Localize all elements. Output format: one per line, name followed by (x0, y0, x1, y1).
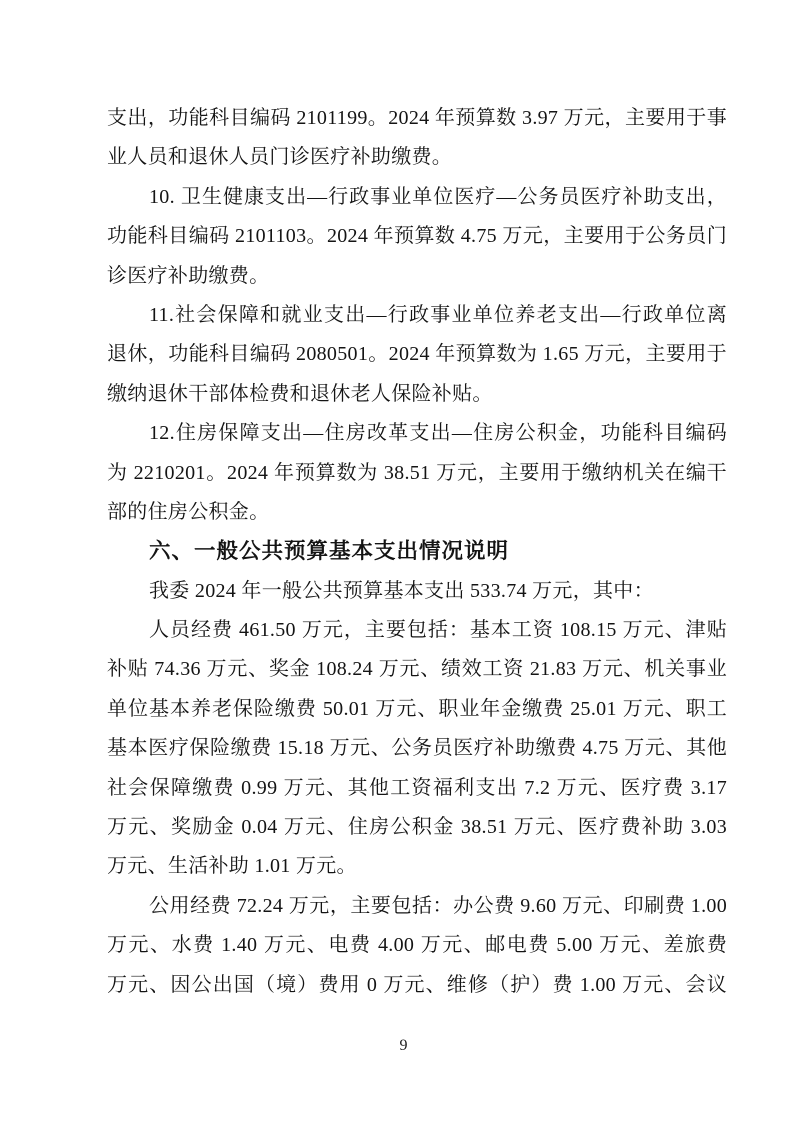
text-line: 六、一般公共预算基本支出情况说明 (107, 532, 727, 571)
text-line: 部的住房公积金。 (107, 493, 727, 532)
text-line: 人员经费 461.50 万元，主要包括：基本工资 108.15 万元、津贴 (107, 611, 727, 650)
text-line: 万元、生活补助 1.01 万元。 (107, 847, 727, 886)
page-footer: 9 (0, 1036, 793, 1056)
text-line: 单位基本养老保险缴费 50.01 万元、职业年金缴费 25.01 万元、职工 (107, 690, 727, 729)
para-personnel-funds: 人员经费 461.50 万元，主要包括：基本工资 108.15 万元、津贴补贴 … (107, 611, 727, 887)
text-line: 万元、奖励金 0.04 万元、住房公积金 38.51 万元、医疗费补助 3.03 (107, 808, 727, 847)
document-page: 支出，功能科目编码 2101199。2024 年预算数 3.97 万元，主要用于… (0, 0, 793, 1122)
para-item9-continuation: 支出，功能科目编码 2101199。2024 年预算数 3.97 万元，主要用于… (107, 99, 727, 178)
text-line: 10. 卫生健康支出—行政事业单位医疗—公务员医疗补助支出， (107, 178, 727, 217)
text-line: 补贴 74.36 万元、奖金 108.24 万元、绩效工资 21.83 万元、机… (107, 650, 727, 689)
para-basic-expenditure-total: 我委 2024 年一般公共预算基本支出 533.74 万元，其中： (107, 572, 727, 611)
para-item10: 10. 卫生健康支出—行政事业单位医疗—公务员医疗补助支出，功能科目编码 210… (107, 178, 727, 296)
text-line: 支出，功能科目编码 2101199。2024 年预算数 3.97 万元，主要用于… (107, 99, 727, 138)
document-body: 支出，功能科目编码 2101199。2024 年预算数 3.97 万元，主要用于… (107, 99, 727, 1005)
text-line: 退休，功能科目编码 2080501。2024 年预算数为 1.65 万元，主要用… (107, 335, 727, 374)
text-line: 功能科目编码 2101103。2024 年预算数 4.75 万元，主要用于公务员… (107, 217, 727, 256)
text-line: 缴纳退休干部体检费和退休老人保险补贴。 (107, 375, 727, 414)
page-number: 9 (400, 1037, 408, 1054)
text-line: 万元、因公出国（境）费用 0 万元、维修（护）费 1.00 万元、会议 (107, 966, 727, 1005)
text-line: 11.社会保障和就业支出—行政事业单位养老支出—行政单位离 (107, 296, 727, 335)
text-line: 基本医疗保险缴费 15.18 万元、公务员医疗补助缴费 4.75 万元、其他 (107, 729, 727, 768)
para-item11: 11.社会保障和就业支出—行政事业单位养老支出—行政单位离退休，功能科目编码 2… (107, 296, 727, 414)
para-item12: 12.住房保障支出—住房改革支出—住房公积金，功能科目编码为 2210201。2… (107, 414, 727, 532)
text-line: 诊医疗补助缴费。 (107, 257, 727, 296)
text-line: 我委 2024 年一般公共预算基本支出 533.74 万元，其中： (107, 572, 727, 611)
text-line: 业人员和退休人员门诊医疗补助缴费。 (107, 138, 727, 177)
text-line: 公用经费 72.24 万元，主要包括：办公费 9.60 万元、印刷费 1.00 (107, 887, 727, 926)
text-line: 为 2210201。2024 年预算数为 38.51 万元，主要用于缴纳机关在编… (107, 454, 727, 493)
heading-section-six: 六、一般公共预算基本支出情况说明 (107, 532, 727, 571)
para-public-funds: 公用经费 72.24 万元，主要包括：办公费 9.60 万元、印刷费 1.00万… (107, 887, 727, 1005)
text-line: 社会保障缴费 0.99 万元、其他工资福利支出 7.2 万元、医疗费 3.17 (107, 769, 727, 808)
text-line: 12.住房保障支出—住房改革支出—住房公积金，功能科目编码 (107, 414, 727, 453)
text-line: 万元、水费 1.40 万元、电费 4.00 万元、邮电费 5.00 万元、差旅费… (107, 926, 727, 965)
